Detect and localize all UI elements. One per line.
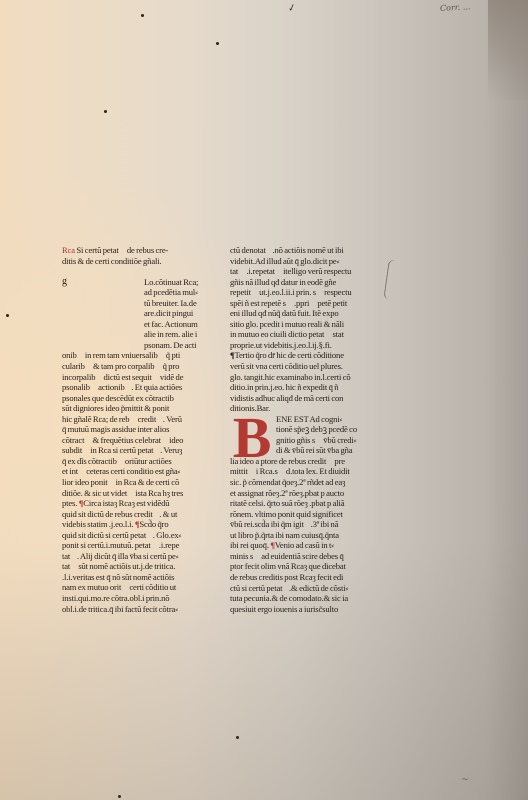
column-heading-line: ditis & de certi conditiõe gñali. [62,256,214,267]
handwritten-check-mark: ✓ [287,2,298,15]
text-line: spẽi ñ est repetẽ s᷒ .ppri᷒ petẽ petit᷑ [230,298,390,309]
text-line: ditiõe. & sic ut videt᷑ ista Rca hȝ tres [62,488,214,499]
text-line: .l.i.veritas est q̄ nõ sũt nomẽ actiõis [62,572,214,583]
wormhole-mark [141,14,144,17]
text-line: rõnem. vltimo ponit quid significet [230,509,390,520]
lemma-letter: g [62,277,67,288]
text-line: hic gñalẽ Rca; de reb᷒ credit᷑. Verũ [62,414,214,425]
text-line: vidistis adhuc aliqđ de mã certi con [230,393,390,404]
manuscript-page: ✓ Corr. ... Rca Si certũ petat᷑ de rebus… [0,0,528,800]
text-line: q̄ mutuũ magis assidue inter alios [62,424,214,435]
text-line: onib᷒ in rem tam vniuersalib᷒ q̃ pti [62,350,214,361]
text-line: are.dicit pingui᷒ [144,308,214,319]
gloss-lemma-block: g Lo.cõtinuat Rca; ad pcedẽtia mul⸗ tũ b… [62,277,214,351]
left-text-column: Rca Si certũ petat᷑ de rebus cre- ditis … [62,245,214,614]
text-line: sũt digniores ideo p̃mittit & ponit [62,403,214,414]
text-line: ptes. ¶Circa istaȝ Rcaȝ est vidẽdũ [62,498,214,509]
page-corner-shadow [488,0,528,100]
text-line: psonales que descẽdũt ex cõtractib᷒ [62,393,214,404]
text-line: psonalib᷒ actionib᷒. Et quia actiões [62,382,214,393]
decorated-initial-block: B ENE EST Ad cogni⸗ tionẽ sp̃eꝫ debꝫ pce… [230,414,390,456]
text-line: lior ideo ponit᷑ in Rca & de certi cõ [62,477,214,488]
text-line: tat᷑ sũt nomẽ actiõis ut.j.de tritica. [62,561,214,572]
heading-rubric: Rca [62,245,75,255]
text-line: quesiuit ergo iouenis a iurisc̃sulto [230,604,390,615]
wormhole-mark [6,314,9,317]
wormhole-mark [236,736,239,739]
text-line: alie in rem. alie i [144,329,214,340]
text-line: gnitio gñis s᷒ v̄bũ credi⸗ [276,435,390,446]
pencil-mark: ⁓ [462,776,468,783]
text-line: obl.i.de tritica.q̄ ibi factũ fecit cõtr… [62,604,214,615]
wormhole-mark [118,795,121,798]
text-line: v̄bũ rei.scd̃a ibi q̃m igit᷑.3ª ibi nã [230,519,390,530]
text-line: cularib᷒ & tam pro corpalib᷒ q̃ pro [62,361,214,372]
text-line: tat᷑. Alij dicũt q̄ illa v̄ba si certũ p… [62,551,214,562]
text-line: quid sit dictũ si certũ petat᷑. Glo.ex⸗ [62,530,214,541]
text-line: tũ breuiter. Ia.de [144,298,214,309]
text-line: verũ sit vna certi cõditio uel plures. [230,361,390,372]
text-line: ¶Tertio q̃ro dr̄ hic de certi cõditione [230,350,390,361]
text-line: et assignat rõeȝ.2ª rõeȝ.pbat p aucto [230,488,390,499]
text-line: ibi rei quoq̄. ¶Venio ad casũ in t⸗ [230,540,390,551]
text-line: tionẽ sp̃eꝫ debꝫ pcedẽ co [276,424,390,435]
text-line: ut libro p̃.q̃rta ibi nam cuiusq̄.q̃nta [230,530,390,541]
text-line: et int᷑ ceteras certi conditio est gña⸗ [62,466,214,477]
text-line: psonam. De acti [144,340,214,351]
text-line: videbis statim .j.eo.l.i. ¶Scd̃o q̃ro [62,519,214,530]
red-initial-letter: B [230,414,274,462]
text-line: tuta pecunia.& de comodato.& sic ia [230,593,390,604]
text-line: ponit si certũ.i.mutuũ. petat᷑ .i.repe [62,540,214,551]
text-line: glo. tangit.hic examinabo in.l.certi cõ [230,372,390,383]
text-line: et fac. Actionum [144,319,214,330]
text-line: ENE EST Ad cogni⸗ [276,414,390,425]
wormhole-mark [216,42,219,45]
text-line: ptor fecit olim vnã Rcaȝ que dicebat [230,561,390,572]
text-line: minis s᷒ ad euidentiã scire debes q̄ [230,551,390,562]
text-line: eni illud qđ nũq̃ datũ fuit. Itẽ expo [230,308,390,319]
column-heading: Rca Si certũ petat᷑ de rebus cre- [62,245,214,256]
text-line: ritatẽ celsi. q̃rto suã rõeȝ .pbat p ali… [230,498,390,509]
text-line: incorpalib᷒ dictũ est sequit᷑ vidẽ de [62,372,214,383]
text-line: tat᷑ .i.repetat᷑ itelligo verũ respectu [230,266,390,277]
text-line: ctũ si certũ petat᷑.& edictũ de cõsti⸗ [230,583,390,594]
text-line: sitio glo. pcedit i mutuo reali & nãli [230,319,390,330]
text-line: q̄ ex dĩs cõtractib᷒ oriũtur actiões [62,456,214,467]
text-line: sic. p̃ cõmendat q̃oeȝ.2ª rñdet ad eaȝ [230,477,390,488]
text-line: insti.qui.mo.re cõtra.obl.i prin.nõ [62,593,214,604]
text-line: in mutuo eo ciuili dictio petat᷑ stat [230,329,390,340]
text-line: repetit᷑ ut.j.eo.l.ii.i prin. s᷒ respect… [230,287,390,298]
text-line: Lo.cõtinuat Rca; [144,277,214,288]
text-line: videbit.Ad illud aũt q̄ glo.dicit pe⸗ [230,256,390,267]
text-line: de rebus creditis post Rcaȝ fecit edi [230,572,390,583]
text-line: proprie.ut videbitis.j.eo.l.ij.§.fi. [230,340,390,351]
text-line: ditio.in prin.j.eo. hic ñ expedit q̄ ñ [230,382,390,393]
text-line: quid sit dictũ de rebus credit᷑. & ut [62,509,214,520]
text-line: ad pcedẽtia mul⸗ [144,287,214,298]
text-line: nam ex mutuo orit᷑ certi cõditio ut [62,582,214,593]
text-line: di & v̄bũ rei sũt v̄ba gña [276,445,390,456]
wormhole-mark [104,110,107,113]
right-text-column: ctũ denotat᷑.nõ actiõis nomẽ ut ibi vide… [230,245,390,614]
text-line: ctũ denotat᷑.nõ actiõis nomẽ ut ibi [230,245,390,256]
text-line: cõtract᷒ & frequẽtius celebrat᷑ ideo [62,435,214,446]
text-line: subdit᷑ in Rca si certũ petat᷑. Veruȝ [62,445,214,456]
text-line: gñis nã illud qđ datur in eodẽ gñe [230,277,390,288]
